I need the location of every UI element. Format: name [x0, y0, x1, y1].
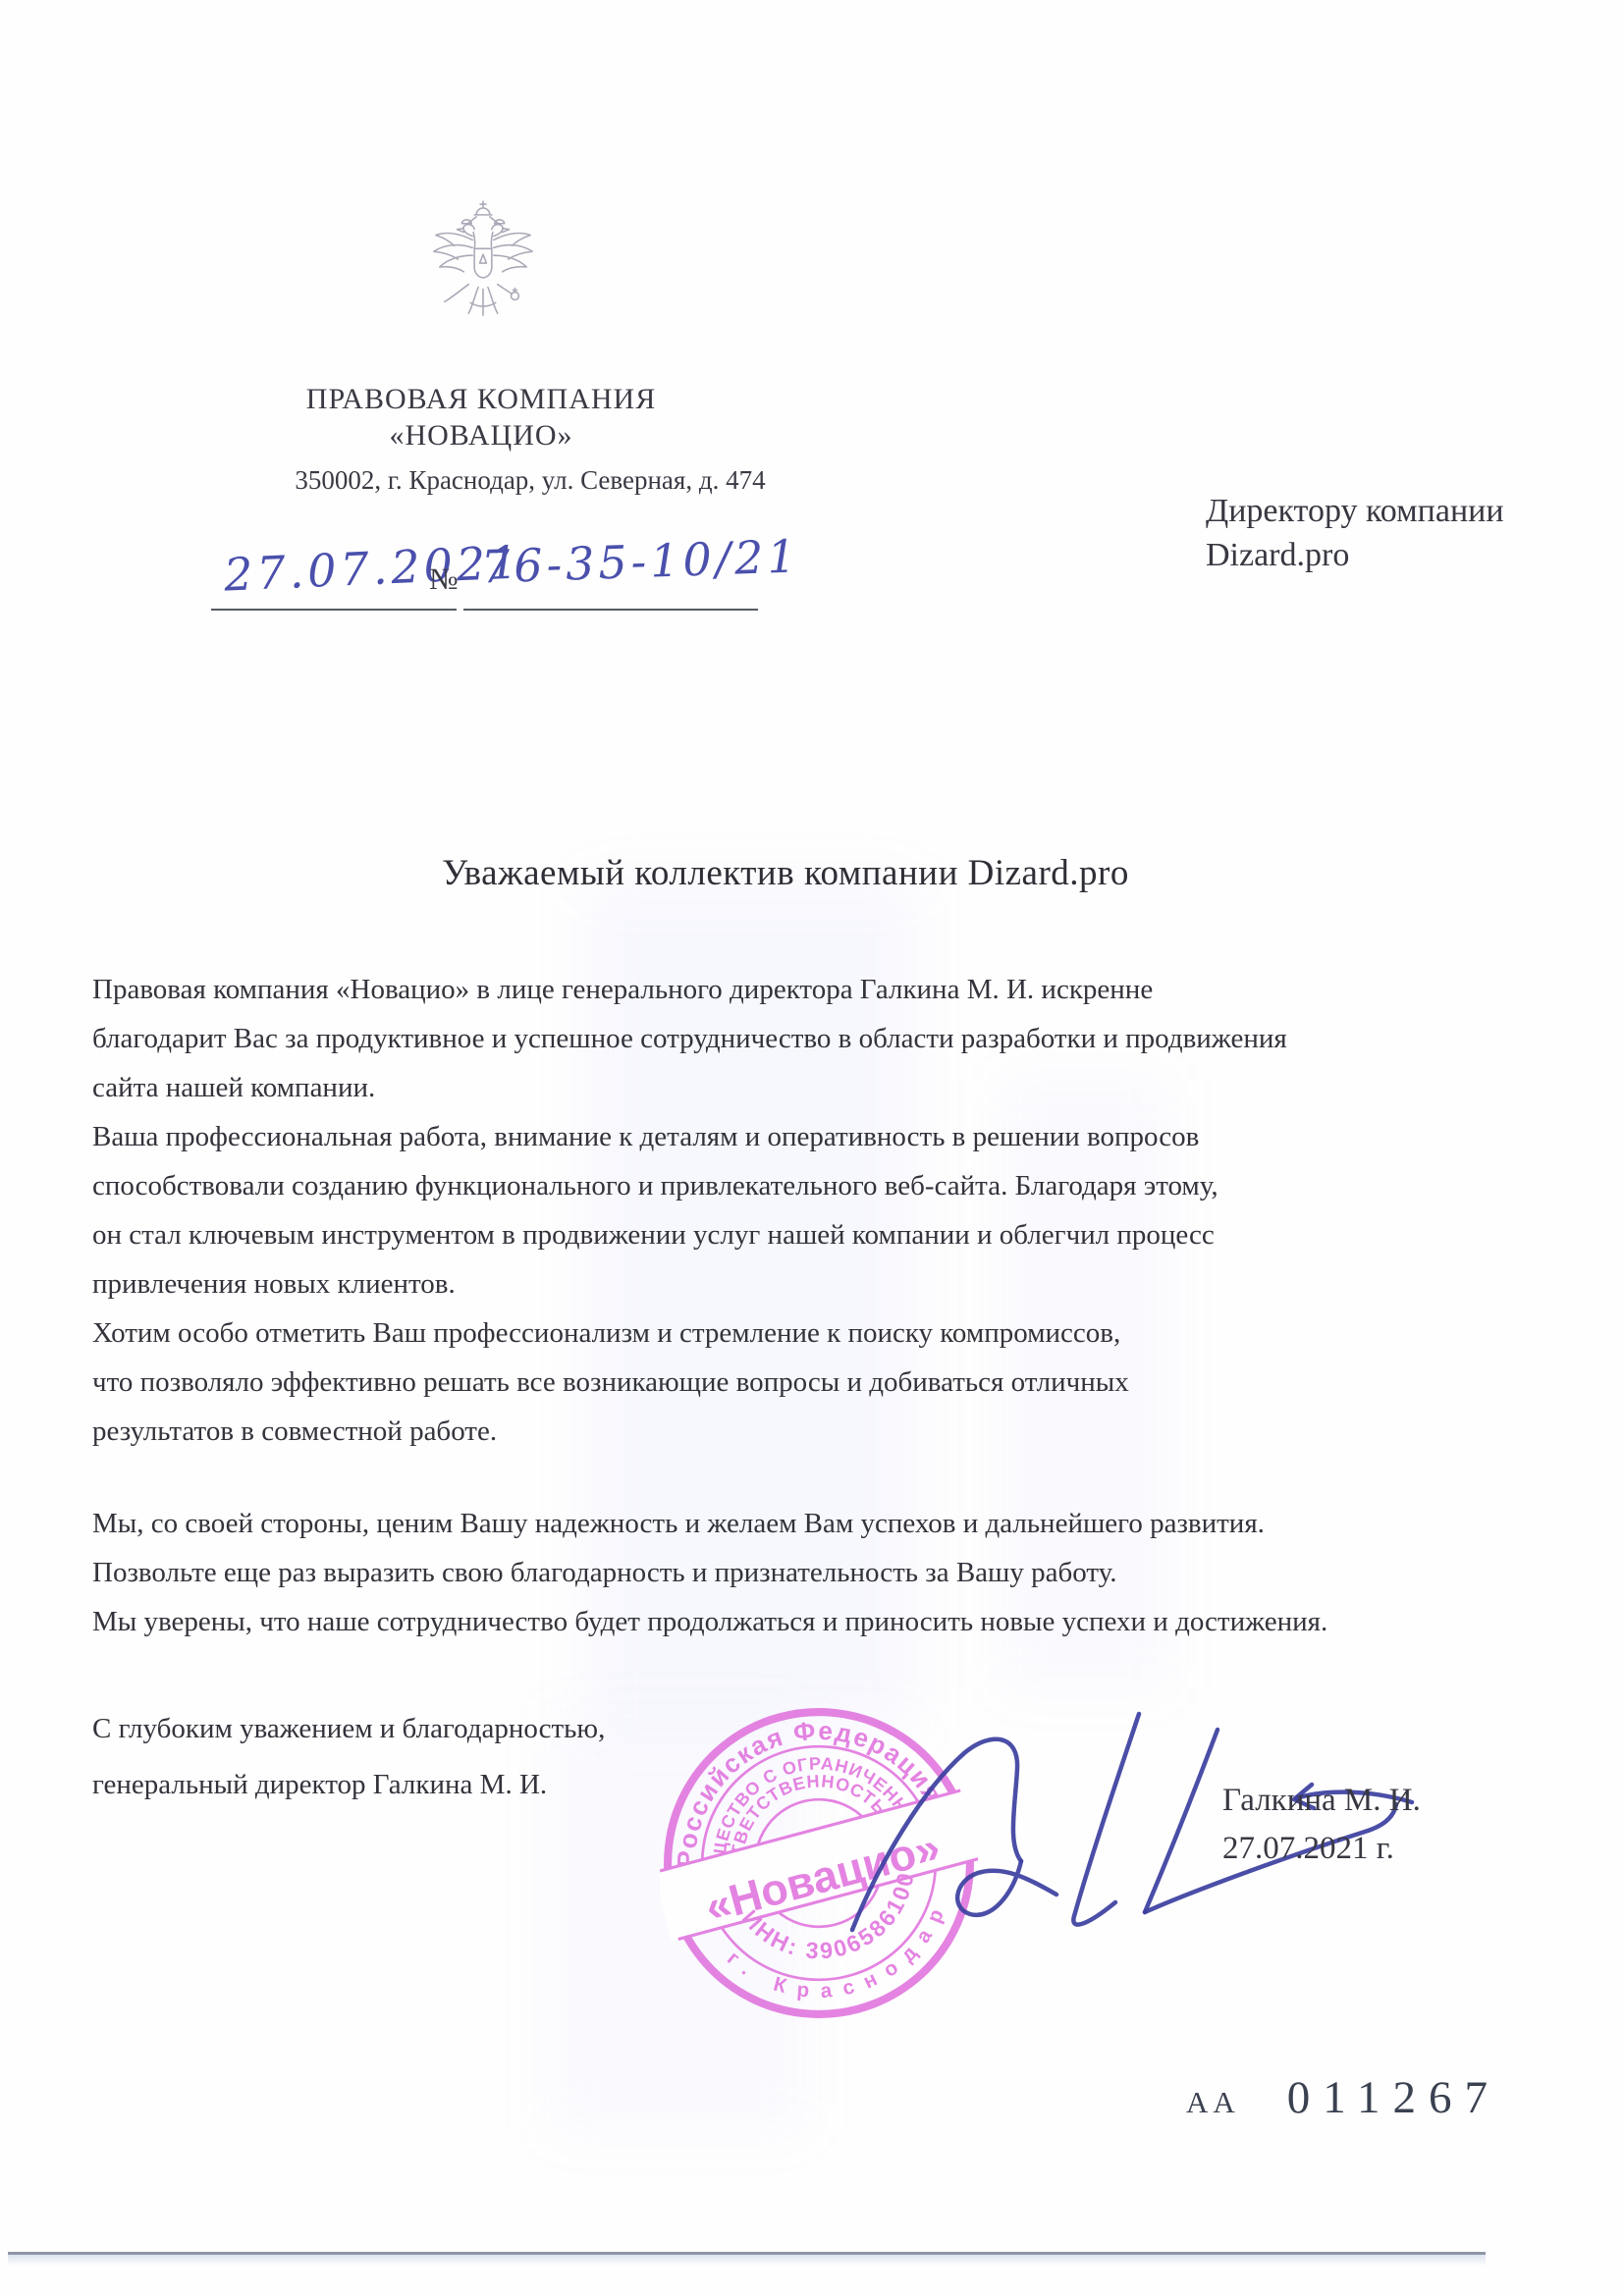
company-address: 350002, г. Краснодар, ул. Северная, д. 4… — [245, 465, 815, 496]
body-line: Позвольте еще раз выразить свою благодар… — [92, 1548, 1565, 1597]
body-line: Мы, со своей стороны, ценим Вашу надежно… — [92, 1499, 1565, 1548]
closing-line2: генеральный директор Галкина М. И. — [92, 1757, 605, 1813]
paper-edge-shadow — [8, 2255, 1486, 2266]
body-line: способствовали созданию функционального … — [92, 1161, 1565, 1210]
letter-title: Уважаемый коллектив компании Dizard.pro — [59, 852, 1512, 894]
handwritten-number: 76-35-10/21 — [480, 529, 800, 593]
date-underline — [211, 609, 457, 611]
handwritten-date: 27.07.2021 — [223, 535, 522, 601]
recipient-block: Директору компании Dizard.pro — [1206, 489, 1504, 577]
closing-line1: С глубоким уважением и благодарностью, — [92, 1701, 605, 1757]
recipient-company: Dizard.pro — [1206, 533, 1504, 577]
body-line: привлечения новых клиентов. — [92, 1259, 1565, 1308]
number-underline — [463, 609, 758, 611]
form-serial: АА 011267 — [1186, 2071, 1500, 2124]
letter-body: Правовая компания «Новацио» в лице генер… — [92, 965, 1565, 1646]
body-line: Ваша профессиональная работа, внимание к… — [92, 1112, 1565, 1161]
serial-number: 011267 — [1287, 2071, 1500, 2124]
company-name-line1: ПРАВОВАЯ КОМПАНИЯ — [255, 381, 707, 417]
sign-block: Галкина М. И. 27.07.2021 г. — [1222, 1777, 1421, 1873]
body-line: сайта нашей компании. — [92, 1063, 1565, 1112]
letter-page: ПРАВОВАЯ КОМПАНИЯ «НОВАЦИО» 350002, г. К… — [0, 0, 1624, 2296]
signer-name: Галкина М. И. — [1222, 1777, 1421, 1825]
serial-series: АА — [1186, 2085, 1240, 2120]
body-line: благодарит Вас за продуктивное и успешно… — [92, 1014, 1565, 1063]
body-line: что позволяло эффективно решать все возн… — [92, 1358, 1565, 1407]
body-line: Хотим особо отметить Ваш профессионализм… — [92, 1308, 1565, 1358]
signing-date: 27.07.2021 г. — [1222, 1825, 1421, 1873]
body-line: он стал ключевым инструментом в продвиже… — [92, 1210, 1565, 1259]
body-line: Правовая компания «Новацио» в лице генер… — [92, 965, 1565, 1014]
number-sign: № — [429, 561, 459, 597]
company-name-line2: «НОВАЦИО» — [255, 417, 707, 454]
letterhead: ПРАВОВАЯ КОМПАНИЯ «НОВАЦИО» — [255, 381, 707, 454]
body-line: Мы уверены, что наше сотрудничество буде… — [92, 1597, 1565, 1646]
coat-of-arms-eagle-icon — [425, 196, 541, 336]
recipient-title: Директору компании — [1206, 489, 1504, 533]
body-line: результатов в совместной работе. — [92, 1407, 1565, 1456]
closing-block: С глубоким уважением и благодарностью, г… — [92, 1701, 605, 1813]
